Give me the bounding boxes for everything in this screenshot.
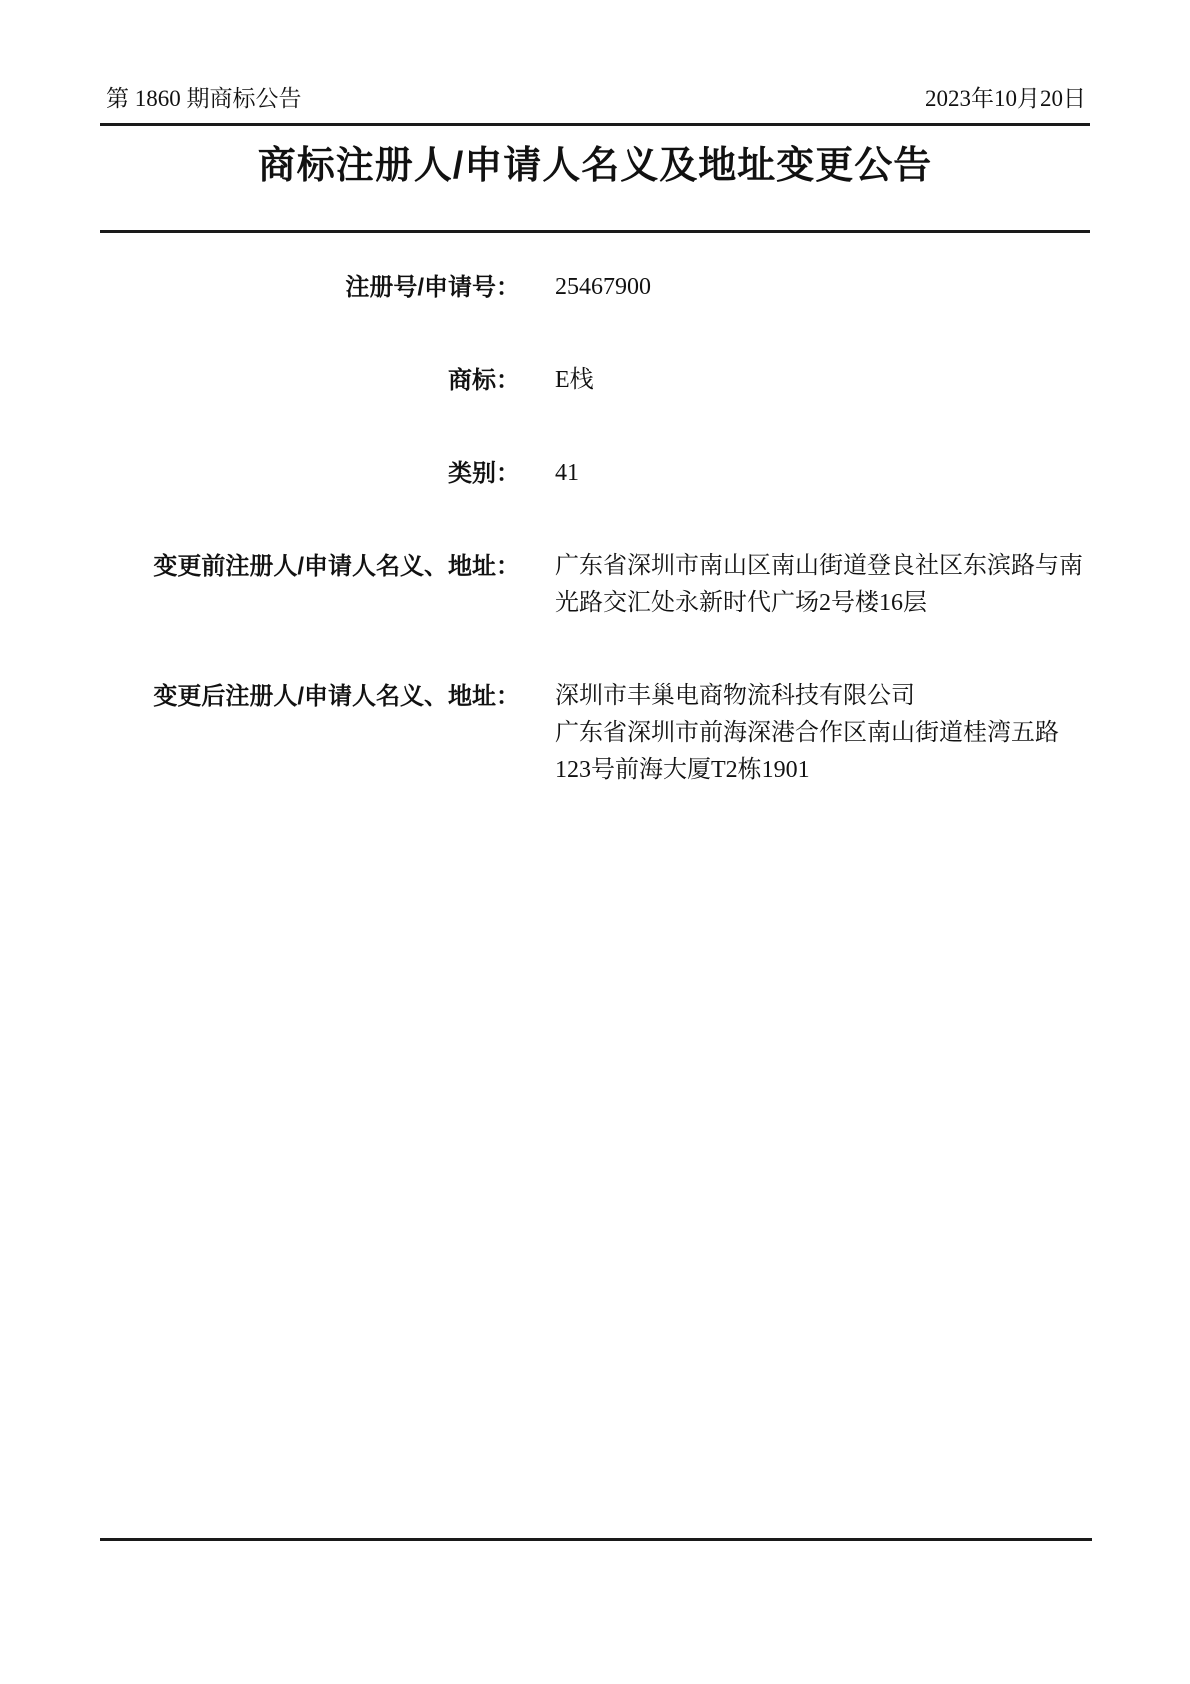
field-value-line: 123号前海大厦T2栋1901 — [555, 752, 1090, 789]
gazette-date-label: 2023年10月20日 — [925, 84, 1086, 114]
field-value-line: 广东省深圳市前海深港合作区南山街道桂湾五路 — [555, 715, 1090, 752]
field-value-line: 25467900 — [555, 269, 1090, 306]
field-row: 商标：E栈 — [100, 362, 1090, 399]
field-label: 变更前注册人/申请人名义、地址： — [100, 548, 520, 585]
title-divider — [100, 230, 1090, 233]
field-label: 变更后注册人/申请人名义、地址： — [100, 678, 520, 715]
field-value-line: E栈 — [555, 362, 1090, 399]
field-row: 变更后注册人/申请人名义、地址：深圳市丰巢电商物流科技有限公司广东省深圳市前海深… — [100, 678, 1090, 789]
field-value-line: 深圳市丰巢电商物流科技有限公司 — [555, 678, 1090, 715]
field-value: 深圳市丰巢电商物流科技有限公司广东省深圳市前海深港合作区南山街道桂湾五路123号… — [555, 678, 1090, 789]
field-row: 注册号/申请号：25467900 — [100, 269, 1090, 306]
field-value: 25467900 — [555, 269, 1090, 306]
field-value: E栈 — [555, 362, 1090, 399]
field-label: 商标： — [100, 362, 520, 399]
field-row: 变更前注册人/申请人名义、地址：广东省深圳市南山区南山街道登良社区东滨路与南光路… — [100, 548, 1090, 622]
page-title: 商标注册人/申请人名义及地址变更公告 — [100, 142, 1090, 190]
footer-divider — [100, 1538, 1092, 1541]
field-label: 注册号/申请号： — [100, 269, 520, 306]
field-value: 41 — [555, 455, 1090, 492]
header-divider — [100, 123, 1090, 126]
gazette-issue-label: 第 1860 期商标公告 — [106, 84, 302, 114]
field-label: 类别： — [100, 455, 520, 492]
fields-table: 注册号/申请号：25467900商标：E栈类别：41变更前注册人/申请人名义、地… — [100, 269, 1090, 789]
field-value-line: 光路交汇处永新时代广场2号楼16层 — [555, 585, 1090, 622]
field-row: 类别：41 — [100, 455, 1090, 492]
field-value-line: 41 — [555, 455, 1090, 492]
field-value: 广东省深圳市南山区南山街道登良社区东滨路与南光路交汇处永新时代广场2号楼16层 — [555, 548, 1090, 622]
page-header: 第 1860 期商标公告 2023年10月20日 — [100, 84, 1090, 114]
announcement-page: 第 1860 期商标公告 2023年10月20日 商标注册人/申请人名义及地址变… — [0, 0, 1190, 1684]
field-value-line: 广东省深圳市南山区南山街道登良社区东滨路与南 — [555, 548, 1090, 585]
page-content: 第 1860 期商标公告 2023年10月20日 商标注册人/申请人名义及地址变… — [0, 84, 1190, 789]
